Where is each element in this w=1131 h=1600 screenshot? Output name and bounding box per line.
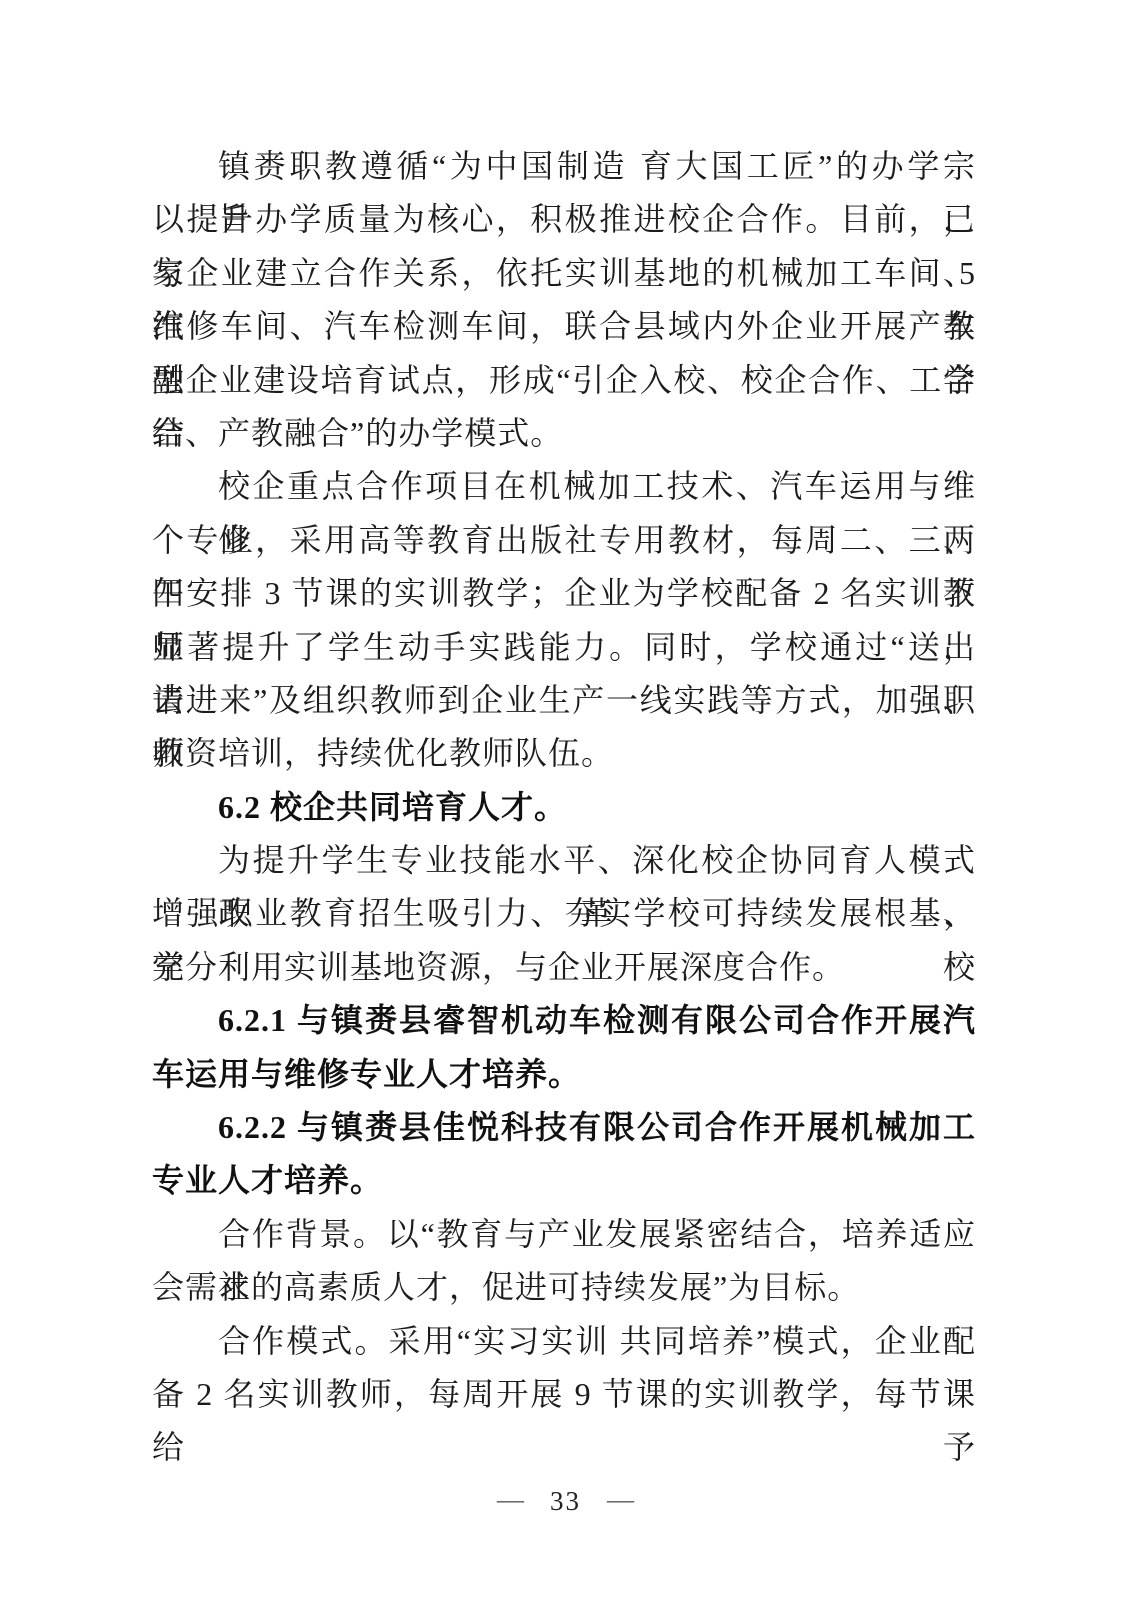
text-line: 镇赉职教遵循“为中国制造 育大国工匠”的办学宗旨， bbox=[152, 140, 976, 193]
text-line: 增强职业教育招生吸引力、夯实学校可持续发展根基，学校 bbox=[152, 887, 976, 940]
page-footer: —33— bbox=[0, 1486, 1131, 1517]
text-line: 维修车间、汽车检测车间，联合县域内外企业开展产教融合 bbox=[152, 300, 976, 353]
text-line: 以提升办学质量为核心，积极推进校企合作。目前，已与 5 bbox=[152, 193, 976, 246]
text-line: 会需求的高素质人才，促进可持续发展”为目标。 bbox=[152, 1261, 976, 1314]
text-line: 显著提升了学生动手实践能力。同时，学校通过“送出去、 bbox=[152, 621, 976, 674]
heading-line: 6.2.2 与镇赉县佳悦科技有限公司合作开展机械加工 bbox=[152, 1101, 976, 1154]
text-line: 校企重点合作项目在机械加工技术、汽车运用与维修两 bbox=[152, 460, 976, 513]
text-line: 型企业建设培育试点，形成“引企入校、校企合作、工学结 bbox=[152, 354, 976, 407]
text-line: 师资培训，持续优化教师队伍。 bbox=[152, 727, 976, 780]
text-line: 合作模式。采用“实习实训 共同培养”模式，企业配 bbox=[152, 1315, 976, 1368]
text-line: 请进来”及组织教师到企业生产一线实践等方式，加强职教 bbox=[152, 674, 976, 727]
heading-line: 车运用与维修专业人才培养。 bbox=[152, 1048, 976, 1101]
text-line: 午安排 3 节课的实训教学；企业为学校配备 2 名实训教师， bbox=[152, 567, 976, 620]
text-line: 家企业建立合作关系，依托实训基地的机械加工车间、汽车 bbox=[152, 247, 976, 300]
text-line: 个专业，采用高等教育出版社专用教材，每周二、三、四下 bbox=[152, 514, 976, 567]
document-page: 镇赉职教遵循“为中国制造 育大国工匠”的办学宗旨，以提升办学质量为核心，积极推进… bbox=[0, 0, 1131, 1600]
document-lines: 镇赉职教遵循“为中国制造 育大国工匠”的办学宗旨，以提升办学质量为核心，积极推进… bbox=[152, 140, 976, 1421]
heading-line: 专业人才培养。 bbox=[152, 1154, 976, 1207]
page-number: 33 bbox=[550, 1486, 581, 1517]
heading-line: 6.2 校企共同培育人才。 bbox=[152, 781, 976, 834]
text-line: 合、产教融合”的办学模式。 bbox=[152, 407, 976, 460]
footer-dash-right: — bbox=[607, 1484, 634, 1515]
text-line: 合作背景。以“教育与产业发展紧密结合，培养适应社 bbox=[152, 1208, 976, 1261]
text-line: 备 2 名实训教师，每周开展 9 节课的实训教学，每节课给予 bbox=[152, 1368, 976, 1421]
text-line: 为提升学生专业技能水平、深化校企协同育人模式改革、 bbox=[152, 834, 976, 887]
footer-dash-left: — bbox=[497, 1484, 524, 1515]
heading-line: 6.2.1 与镇赉县睿智机动车检测有限公司合作开展汽 bbox=[152, 994, 976, 1047]
